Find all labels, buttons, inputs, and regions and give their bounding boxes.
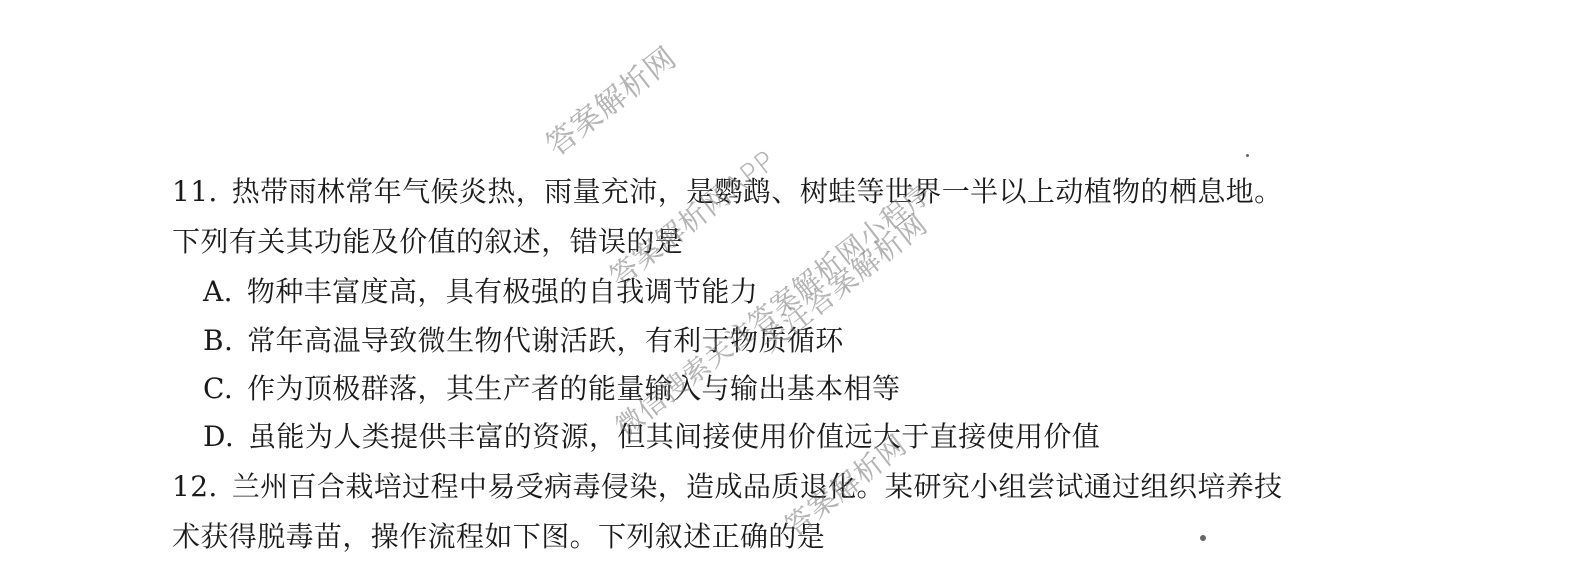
scan-speck <box>1246 154 1249 157</box>
option-letter: B. <box>203 324 233 357</box>
option-text: 物种丰富度高，具有极强的自我调节能力 <box>247 275 758 308</box>
option-d: D.虽能为人类提供丰富的资源，但其间接使用价值远大于直接使用价值 <box>203 417 1100 457</box>
question-12-stem-line2: 术获得脱毒苗，操作流程如下图。下列叙述正确的是 <box>172 517 825 557</box>
option-text: 虽能为人类提供丰富的资源，但其间接使用价值远大于直接使用价值 <box>248 420 1100 453</box>
option-text: 常年高温导致微生物代谢活跃，有利于物质循环 <box>247 324 843 357</box>
option-b: B.常年高温导致微生物代谢活跃，有利于物质循环 <box>203 321 844 361</box>
option-a: A.物种丰富度高，具有极强的自我调节能力 <box>203 272 758 312</box>
question-stem-text: 热带雨林常年气候炎热，雨量充沛，是鹦鹉、树蛙等世界一半以上动植物的栖息地。 <box>232 175 1283 208</box>
document-page: 11.热带雨林常年气候炎热，雨量充沛，是鹦鹉、树蛙等世界一半以上动植物的栖息地。… <box>0 0 1594 563</box>
question-stem-text: 术获得脱毒苗，操作流程如下图。下列叙述正确的是 <box>172 520 825 553</box>
question-number: 12. <box>172 470 218 503</box>
question-number: 11. <box>172 175 218 208</box>
option-letter: A. <box>203 275 233 308</box>
scan-speck <box>1200 535 1206 541</box>
option-text: 作为顶极群落，其生产者的能量输入与输出基本相等 <box>247 372 900 405</box>
question-11-stem-line2: 下列有关其功能及价值的叙述，错误的是 <box>172 222 683 262</box>
question-stem-text: 兰州百合栽培过程中易受病毒侵染，造成品质退化。某研究小组尝试通过组织培养技 <box>232 470 1283 503</box>
question-12-stem-line1: 12.兰州百合栽培过程中易受病毒侵染，造成品质退化。某研究小组尝试通过组织培养技 <box>172 467 1283 507</box>
question-stem-text: 下列有关其功能及价值的叙述，错误的是 <box>172 225 683 258</box>
option-c: C.作为顶极群落，其生产者的能量输入与输出基本相等 <box>203 369 900 409</box>
option-letter: C. <box>203 372 233 405</box>
question-11-stem-line1: 11.热带雨林常年气候炎热，雨量充沛，是鹦鹉、树蛙等世界一半以上动植物的栖息地。 <box>172 172 1283 212</box>
option-letter: D. <box>203 420 234 453</box>
watermark: 答案解析网 <box>535 34 684 164</box>
